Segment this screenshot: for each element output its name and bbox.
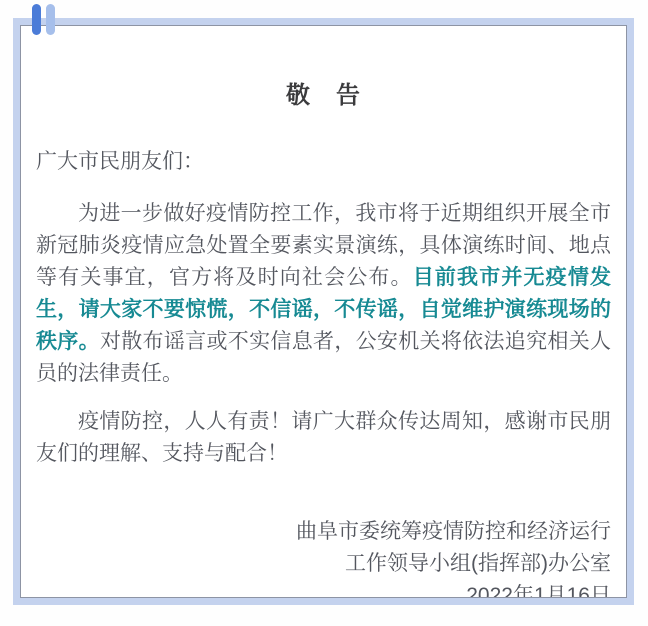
paragraph-1-part-2: 对散布谣言或不实信息者，公安机关将依法追究相关人员的法律责任。	[36, 330, 611, 385]
signature-org-line-2: 工作领导小组(指挥部)办公室	[36, 548, 611, 580]
notice-card-frame: 敬 告 广大市民朋友们： 为进一步做好疫情防控工作，我市将于近期组织开展全市新冠…	[13, 18, 634, 605]
notice-page: 敬 告 广大市民朋友们： 为进一步做好疫情防控工作，我市将于近期组织开展全市新冠…	[0, 0, 648, 626]
notice-paragraph-1: 为进一步做好疫情防控工作，我市将于近期组织开展全市新冠肺炎疫情应急处置全要素实景…	[36, 198, 611, 390]
notice-card: 敬 告 广大市民朋友们： 为进一步做好疫情防控工作，我市将于近期组织开展全市新冠…	[20, 25, 627, 598]
notice-greeting: 广大市民朋友们：	[36, 146, 611, 178]
notice-title: 敬 告	[36, 75, 611, 110]
quote-pill-dark-icon	[32, 4, 41, 35]
signature-block: 曲阜市委统筹疫情防控和经济运行 工作领导小组(指挥部)办公室 2022年1月16…	[36, 516, 611, 598]
signature-org-line-1: 曲阜市委统筹疫情防控和经济运行	[36, 516, 611, 548]
quote-pill-light-icon	[46, 4, 55, 35]
notice-paragraph-2: 疫情防控，人人有责！请广大群众传达周知，感谢市民朋友们的理解、支持与配合！	[36, 406, 611, 470]
signature-date: 2022年1月16日	[36, 580, 611, 598]
